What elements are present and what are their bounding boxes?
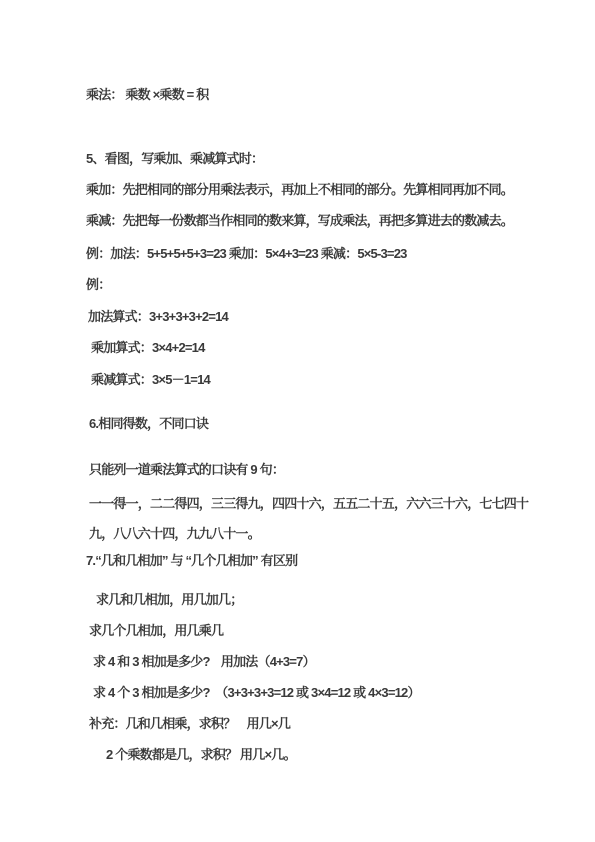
sum-example-line: 求 4 和 3 相加是多少? 用加法（4+3=7） (86, 646, 535, 677)
section7-heading: 7.“几和几相加” 与 “几个几相加” 有区别 (86, 545, 535, 576)
document-page: 乘法： 乘数 ×乘数 = 积 5、看图，写乘加、乘减算式时： 乘加：先把相同的部… (0, 0, 595, 842)
multiply-add-equation: 乘加算式：3×4+2=14 (86, 332, 535, 363)
multiply-add-rule: 乘加：先把相同的部分用乘法表示，再加上不相同的部分。先算相同再加不同。 (86, 174, 535, 205)
groups-example-line: 求 4 个 3 相加是多少? （3+3+3+3=12 或 3×4=12 或 4×… (86, 677, 535, 708)
supplement-line: 补充：几和几相乘，求积？ 用几×几 (86, 708, 535, 739)
section6-heading: 6.相同得数，不同口诀 (86, 408, 535, 439)
section5-heading: 5、看图，写乘加、乘减算式时： (86, 143, 535, 174)
example1-equations: 例：加法：5+5+5+5+3=23 乘加：5×4+3=23 乘减：5×5-3=2… (86, 238, 535, 269)
addition-equation: 加法算式：3+3+3+3+2=14 (86, 301, 535, 332)
multiply-subtract-equation: 乘减算式：3×5－1=14 (86, 364, 535, 395)
multiplication-formula-line: 乘法： 乘数 ×乘数 = 积 (86, 79, 535, 110)
koujue-text-line1: 一一得一，二二得四，三三得九，四四十六，五五二十五，六六三十六，七七四十 (86, 488, 535, 519)
sum-rule-line: 求几和几相加，用几加几； (86, 584, 535, 615)
example2-label: 例： (86, 269, 535, 300)
koujue-intro: 只能列一道乘法算式的口诀有 9 句： (86, 454, 535, 485)
multiply-subtract-rule: 乘减：先把每一份数都当作相同的数来算，写成乘法，再把多算进去的数减去。 (86, 205, 535, 236)
two-factors-line: 2 个乘数都是几，求积？ 用几×几。 (86, 739, 535, 770)
groups-rule-line: 求几个几相加，用几乘几 (86, 615, 535, 646)
